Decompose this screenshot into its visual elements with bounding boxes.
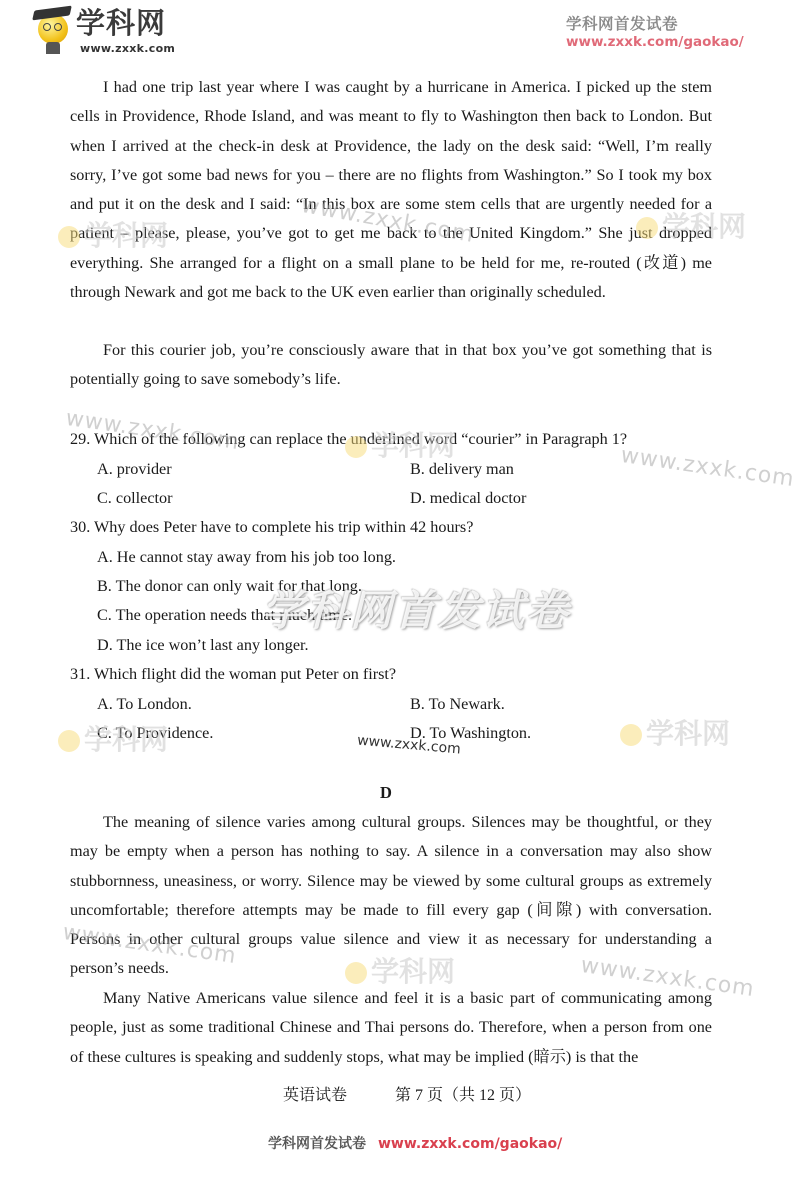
q31-option-d[interactable]: D. To Washington. <box>410 723 531 743</box>
q29-option-d[interactable]: D. medical doctor <box>410 488 526 508</box>
header-title: 学科网首发试卷 <box>566 14 744 34</box>
question-31-stem: 31. Which flight did the woman put Peter… <box>70 664 396 684</box>
header-url-link[interactable]: www.zxxk.com/gaokao/ <box>566 34 744 51</box>
q29-option-a[interactable]: A. provider <box>97 459 172 479</box>
header-banner: 学科网首发试卷 www.zxxk.com/gaokao/ <box>566 14 744 51</box>
page-footer: 英语试卷 第 7 页（共 12 页） <box>283 1082 531 1105</box>
footer-subject: 英语试卷 <box>283 1082 347 1105</box>
q31-option-c[interactable]: C. To Providence. <box>97 723 213 743</box>
glasses-icon <box>43 23 65 31</box>
q29-option-c[interactable]: C. collector <box>97 488 173 508</box>
watermark-url: www.zxxk.com <box>619 443 796 492</box>
q30-option-c[interactable]: C. The operation needs that much time. <box>97 605 352 625</box>
site-logo[interactable]: 学科网 www.zxxk.com <box>34 4 184 56</box>
passage-d-paragraph-1: The meaning of silence varies among cult… <box>70 808 712 984</box>
mascot-body-icon <box>46 42 60 54</box>
q31-option-b[interactable]: B. To Newark. <box>410 694 505 714</box>
q29-option-b[interactable]: B. delivery man <box>410 459 514 479</box>
q30-option-a[interactable]: A. He cannot stay away from his job too … <box>97 547 396 567</box>
q30-option-b[interactable]: B. The donor can only wait for that long… <box>97 576 362 596</box>
footer-url-link[interactable]: www.zxxk.com/gaokao/ <box>378 1136 562 1152</box>
logo-text: 学科网 <box>76 6 166 40</box>
footer-brand: 学科网首发试卷 www.zxxk.com/gaokao/ <box>268 1133 562 1153</box>
q31-option-a[interactable]: A. To London. <box>97 694 192 714</box>
watermark-logo: 学科网 <box>620 712 730 752</box>
passage-c-paragraph-2: For this courier job, you’re consciously… <box>70 336 712 395</box>
question-29-stem: 29. Which of the following can replace t… <box>70 429 627 449</box>
passage-c-paragraph-1: I had one trip last year where I was cau… <box>70 73 712 307</box>
question-30-stem: 30. Why does Peter have to complete his … <box>70 517 473 537</box>
passage-d-paragraph-2: Many Native Americans value silence and … <box>70 984 712 1072</box>
footer-page-number: 第 7 页（共 12 页） <box>395 1082 531 1105</box>
footer-brand-text: 学科网首发试卷 <box>268 1136 366 1152</box>
q30-option-d[interactable]: D. The ice won’t last any longer. <box>97 635 309 655</box>
logo-url: www.zxxk.com <box>80 42 175 55</box>
section-label-d: D <box>380 783 392 803</box>
